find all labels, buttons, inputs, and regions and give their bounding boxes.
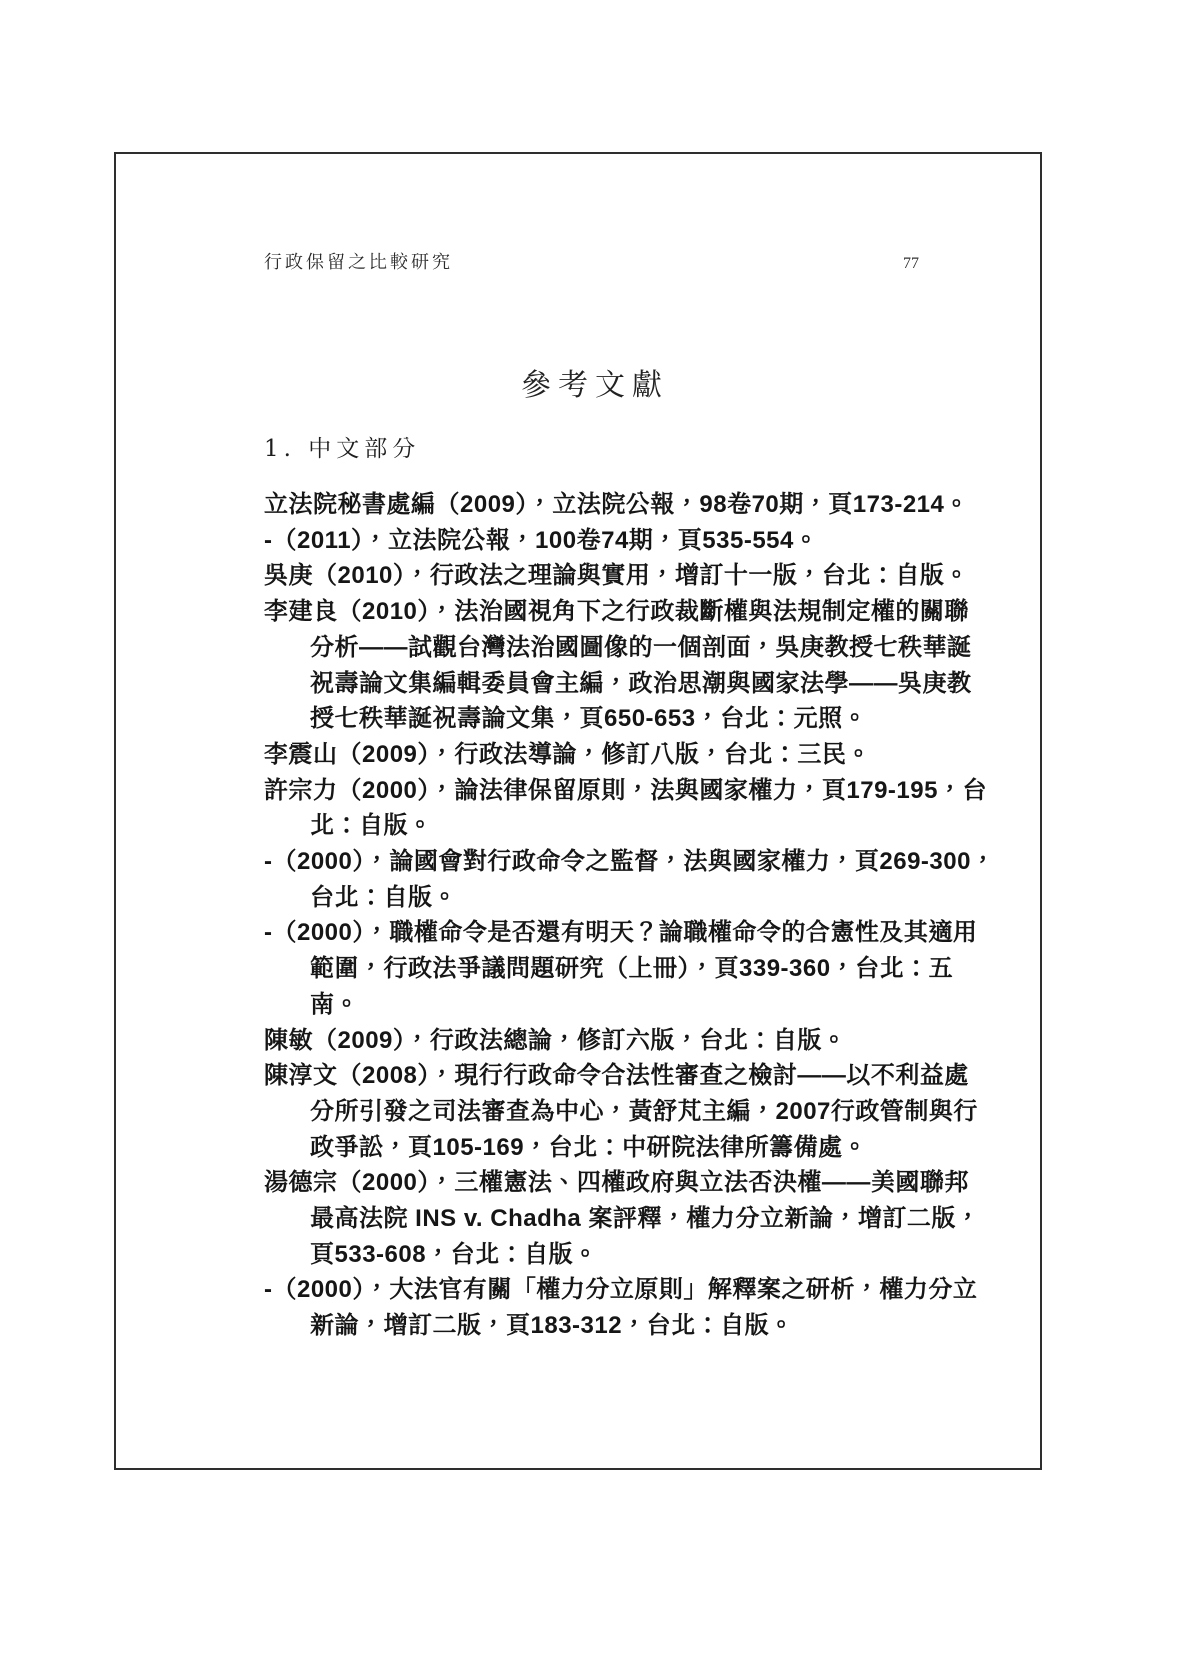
- bib-entry-line-first: 立法院秘書處編（2009），立法院公報，98卷70期，頁173-214。: [264, 487, 929, 523]
- page-number: 77: [903, 255, 919, 273]
- bib-entry-line-first: 陳淳文（2008），現行行政命令合法性審查之檢討——以不利益處: [264, 1058, 929, 1094]
- bib-entry-line-continuation: 政爭訟，頁105-169，台北：中研院法律所籌備處。: [310, 1130, 929, 1166]
- page-title: 參考文獻: [264, 360, 919, 404]
- bib-entry: 許宗力（2000），論法律保留原則，法與國家權力，頁179-195，台北：自版。: [264, 773, 929, 844]
- bib-entry: 李建良（2010），法治國視角下之行政裁斷權與法規制定權的關聯分析——試觀台灣法…: [264, 594, 929, 737]
- bib-entry: 陳敏（2009），行政法總論，修訂六版，台北：自版。: [264, 1023, 929, 1059]
- bib-entry: 吳庚（2010），行政法之理論與實用，增訂十一版，台北：自版。: [264, 558, 929, 594]
- bib-entry-line-continuation: 最高法院 INS v. Chadha 案評釋，權力分立新論，增訂二版，: [310, 1201, 929, 1237]
- bib-entry-line-first: 李建良（2010），法治國視角下之行政裁斷權與法規制定權的關聯: [264, 594, 929, 630]
- page-header: 行政保留之比較研究 77: [264, 248, 919, 274]
- bib-entry-line-first: -（2000），論國會對行政命令之監督，法與國家權力，頁269-300，: [264, 844, 929, 880]
- bib-entry-line-first: 許宗力（2000），論法律保留原則，法與國家權力，頁179-195，台: [264, 773, 929, 809]
- bib-entry-line-continuation: 分所引發之司法審查為中心，黃舒芃主編，2007行政管制與行: [310, 1094, 929, 1130]
- bib-entry-line-continuation: 祝壽論文集編輯委員會主編，政治思潮與國家法學——吳庚教: [310, 666, 929, 702]
- bib-entry-line-first: -（2011），立法院公報，100卷74期，頁535-554。: [264, 523, 929, 559]
- bib-entry-line-continuation: 頁533-608，台北：自版。: [310, 1237, 929, 1273]
- section-heading: 1. 中文部分: [264, 430, 420, 463]
- bibliography-list: 立法院秘書處編（2009），立法院公報，98卷70期，頁173-214。-（20…: [264, 487, 929, 1344]
- bib-entry-line-first: 吳庚（2010），行政法之理論與實用，增訂十一版，台北：自版。: [264, 558, 929, 594]
- page-border-frame: 行政保留之比較研究 77 參考文獻 1. 中文部分 立法院秘書處編（2009），…: [114, 152, 1042, 1470]
- bib-entry: -（2000），論國會對行政命令之監督，法與國家權力，頁269-300，台北：自…: [264, 844, 929, 915]
- bib-entry: 陳淳文（2008），現行行政命令合法性審查之檢討——以不利益處分所引發之司法審查…: [264, 1058, 929, 1165]
- bib-entry: -（2011），立法院公報，100卷74期，頁535-554。: [264, 523, 929, 559]
- bib-entry-line-first: 陳敏（2009），行政法總論，修訂六版，台北：自版。: [264, 1023, 929, 1059]
- bib-entry: 湯德宗（2000），三權憲法、四權政府與立法否決權——美國聯邦最高法院 INS …: [264, 1165, 929, 1272]
- bib-entry-line-continuation: 新論，增訂二版，頁183-312，台北：自版。: [310, 1308, 929, 1344]
- bib-entry-line-first: 李震山（2009），行政法導論，修訂八版，台北：三民。: [264, 737, 929, 773]
- running-title: 行政保留之比較研究: [264, 248, 453, 274]
- scanned-document-page: 行政保留之比較研究 77 參考文獻 1. 中文部分 立法院秘書處編（2009），…: [0, 0, 1177, 1664]
- bib-entry-line-continuation: 北：自版。: [310, 808, 929, 844]
- bib-entry-line-first: -（2000），職權命令是否還有明天？論職權命令的合憲性及其適用: [264, 915, 929, 951]
- bib-entry-line-first: -（2000），大法官有關「權力分立原則」解釋案之研析，權力分立: [264, 1272, 929, 1308]
- bib-entry-line-first: 湯德宗（2000），三權憲法、四權政府與立法否決權——美國聯邦: [264, 1165, 929, 1201]
- bib-entry: 立法院秘書處編（2009），立法院公報，98卷70期，頁173-214。: [264, 487, 929, 523]
- bib-entry-line-continuation: 南。: [310, 987, 929, 1023]
- bib-entry: -（2000），大法官有關「權力分立原則」解釋案之研析，權力分立新論，增訂二版，…: [264, 1272, 929, 1343]
- bib-entry: 李震山（2009），行政法導論，修訂八版，台北：三民。: [264, 737, 929, 773]
- bib-entry-line-continuation: 台北：自版。: [310, 880, 929, 916]
- bib-entry-line-continuation: 分析——試觀台灣法治國圖像的一個剖面，吳庚教授七秩華誕: [310, 630, 929, 666]
- bib-entry-line-continuation: 授七秩華誕祝壽論文集，頁650-653，台北：元照。: [310, 701, 929, 737]
- bib-entry: -（2000），職權命令是否還有明天？論職權命令的合憲性及其適用範圍，行政法爭議…: [264, 915, 929, 1022]
- bib-entry-line-continuation: 範圍，行政法爭議問題研究（上冊），頁339-360，台北：五: [310, 951, 929, 987]
